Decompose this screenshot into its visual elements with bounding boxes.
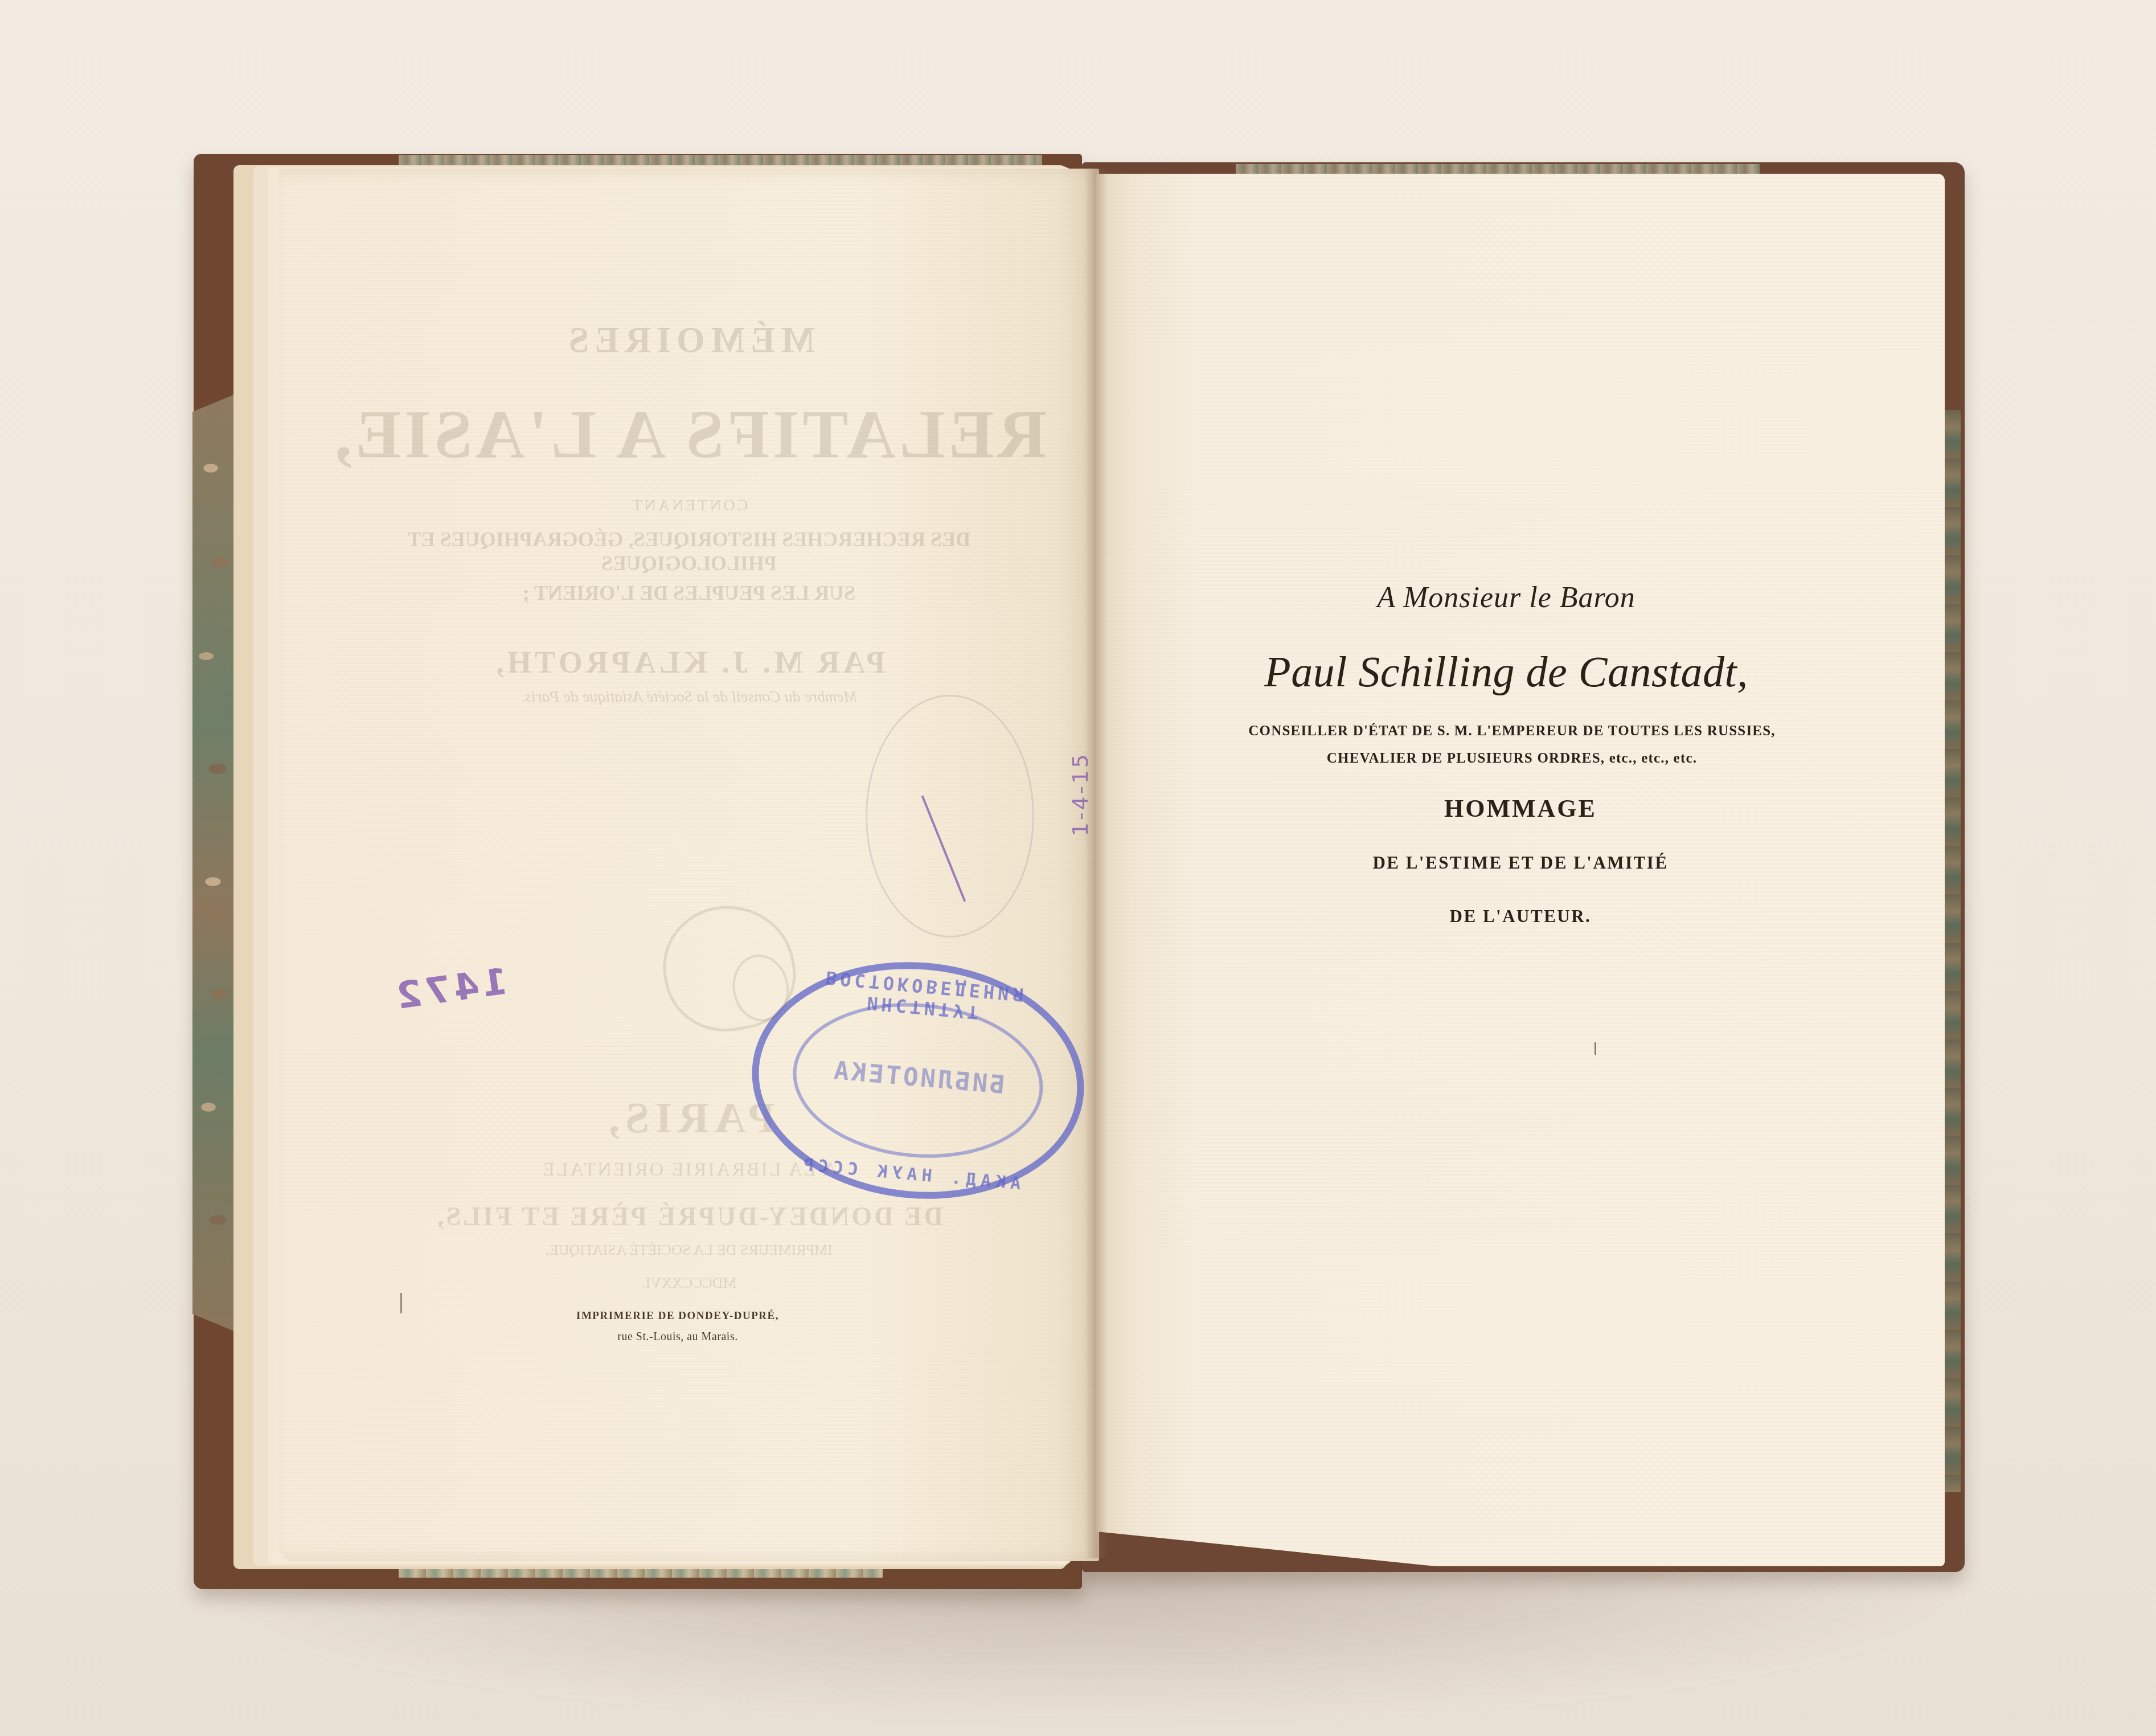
showthrough-line: IMPRIMEURS DE LA SOCIÉTÉ ASIATIQUE, <box>319 1242 1059 1259</box>
marbled-paper-left <box>192 393 238 1333</box>
showthrough-line: RELATIFS A L'ASIE, <box>319 395 1059 474</box>
dedicatee-name: Paul Schilling de Canstadt, <box>1150 648 1862 697</box>
pencil-circle-mark <box>866 695 1034 937</box>
showthrough-line: DES RECHERCHES HISTORIQUES, GÉOGRAPHIQUE… <box>319 527 1059 575</box>
ink-mark <box>1595 1042 1596 1055</box>
printer-imprint: IMPRIMERIE DE DONDEY-DUPRÉ, rue St.-Loui… <box>530 1310 826 1344</box>
dedication-auteur: DE L'AUTEUR. <box>1179 906 1862 927</box>
showthrough-line: PAR M. J. KLAPROTH, <box>319 645 1059 680</box>
dedication-salutation: A Monsieur le Baron <box>1150 581 1862 615</box>
dedication-block: A Monsieur le Baron Paul Schilling de Ca… <box>1162 581 1862 927</box>
showthrough-line: MÉMOIRES <box>319 319 1059 361</box>
dedicatee-title-line2: CHEVALIER DE PLUSIEURS ORDRES, etc., etc… <box>1162 751 1862 767</box>
left-page-showthrough-title: MÉMOIRES RELATIFS A L'ASIE, CONTENANT DE… <box>319 319 1059 706</box>
dedication-hommage: HOMMAGE <box>1179 794 1862 823</box>
book-gutter <box>1085 169 1108 1558</box>
title-line2-etc: , etc., etc., etc. <box>1601 751 1697 766</box>
imprint-printer: IMPRIMERIE DE DONDEY-DUPRÉ, <box>530 1310 826 1323</box>
showthrough-line: SUR LES PEUPLES DE L'ORIENT ; <box>319 581 1059 605</box>
title-line2-caps: CHEVALIER DE PLUSIEURS ORDRES <box>1327 751 1601 766</box>
book-scene: MÉMOIRES RELATIFS A L'ASIE, CONTENANT DE… <box>0 0 2156 1736</box>
showthrough-line: CONTENANT <box>319 497 1059 515</box>
showthrough-line: MDCCCXXVI. <box>319 1275 1059 1292</box>
dedicatee-title-line1: CONSEILLER D'ÉTAT DE S. M. L'EMPEREUR DE… <box>1162 723 1862 739</box>
imprint-address: rue St.-Louis, au Marais. <box>530 1330 826 1344</box>
margin-mark <box>400 1293 402 1313</box>
dedication-estime: DE L'ESTIME ET DE L'AMITIÉ <box>1179 853 1862 873</box>
showthrough-line: DE DONDEY-DUPRÉ PÈRE ET FILS, <box>319 1201 1059 1231</box>
